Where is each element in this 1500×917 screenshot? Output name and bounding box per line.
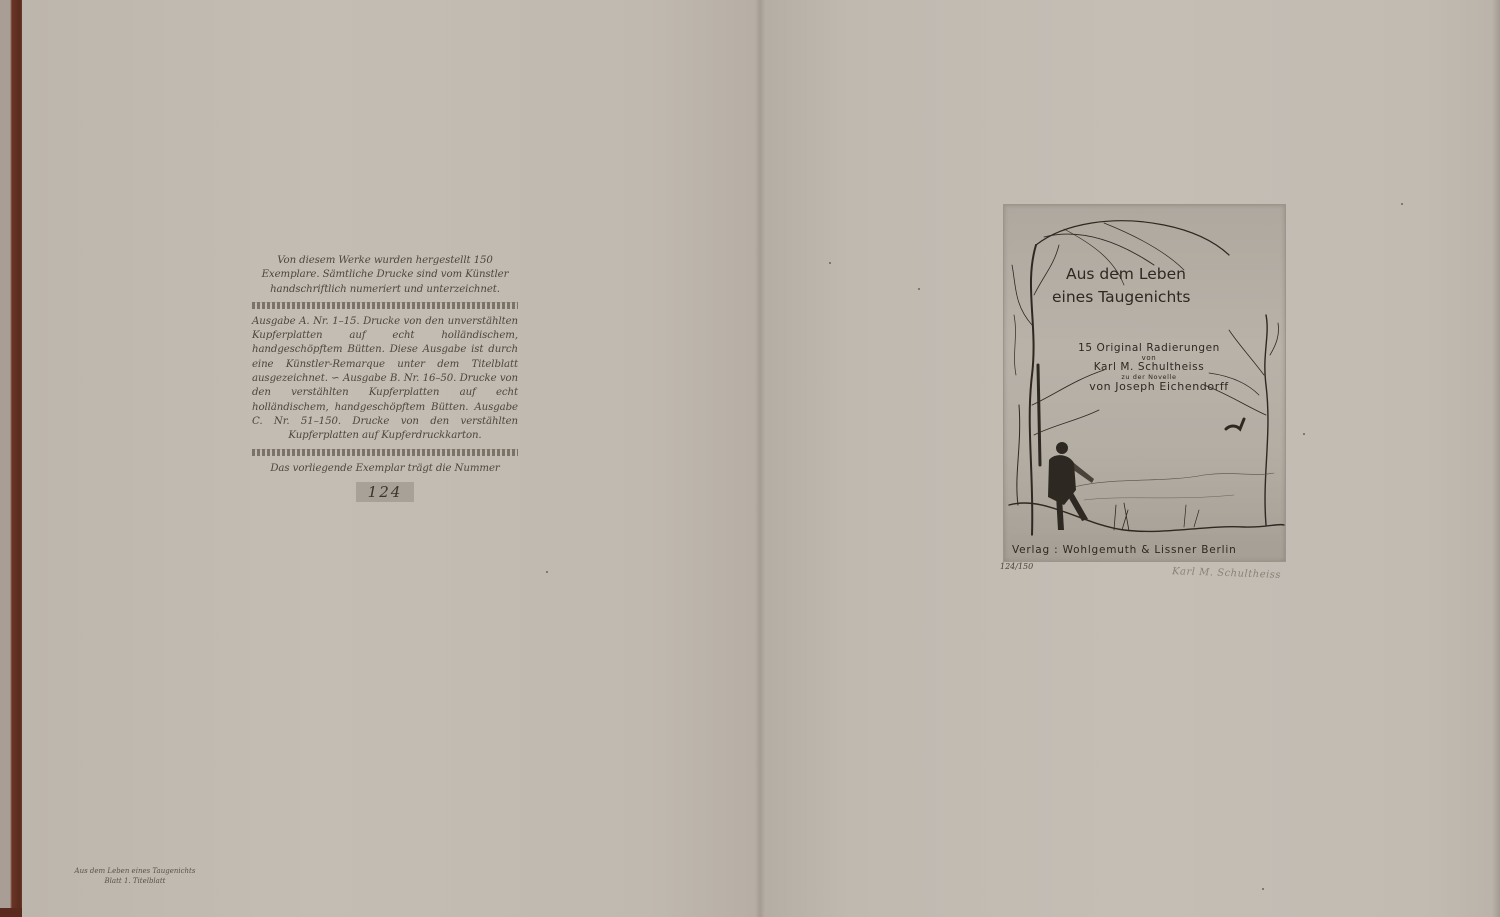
plate-caption-sheet: Blatt 1. Titelblatt (60, 876, 210, 886)
colophon: Von diesem Werke wurden hergestellt 150 … (252, 254, 518, 502)
number-label: Das vorliegende Exemplar trägt die Numme… (252, 462, 518, 476)
colophon-editions: Ausgabe A. Nr. 1–15. Drucke von den unve… (252, 315, 518, 444)
paper-speck (1401, 203, 1403, 205)
plate-caption-title: Aus dem Leben eines Taugenichts (60, 866, 210, 876)
book-cover-edge (0, 0, 24, 917)
plate-caption: Aus dem Leben eines Taugenichts Blatt 1.… (60, 866, 210, 886)
ornament-divider (252, 449, 518, 456)
colophon-intro: Von diesem Werke wurden hergestellt 150 … (252, 254, 518, 297)
etching-publisher: Verlag : Wohlgemuth & Lissner Berlin (1012, 544, 1282, 556)
paper-speck (1303, 433, 1305, 435)
paper-speck (1262, 888, 1264, 890)
book-gutter (755, 0, 765, 917)
copy-number: 124 (356, 482, 415, 502)
ornament-divider (252, 302, 518, 309)
edition-number: 124/150 (1000, 562, 1033, 571)
page-right-edge (1492, 0, 1500, 917)
title-etching: Aus dem Leben eines Taugenichts 15 Origi… (1003, 204, 1286, 562)
etching-artist: Karl M. Schultheiss (1034, 361, 1264, 373)
etching-title-line2: eines Taugenichts (1052, 288, 1262, 306)
etching-author: von Joseph Eichendorff (1044, 380, 1274, 393)
etching-subtitle: 15 Original Radierungen (1034, 342, 1264, 354)
paper-speck (918, 288, 920, 290)
paper-speck (546, 571, 548, 573)
paper-speck (829, 262, 831, 264)
etching-title-line1: Aus dem Leben (1066, 265, 1276, 283)
